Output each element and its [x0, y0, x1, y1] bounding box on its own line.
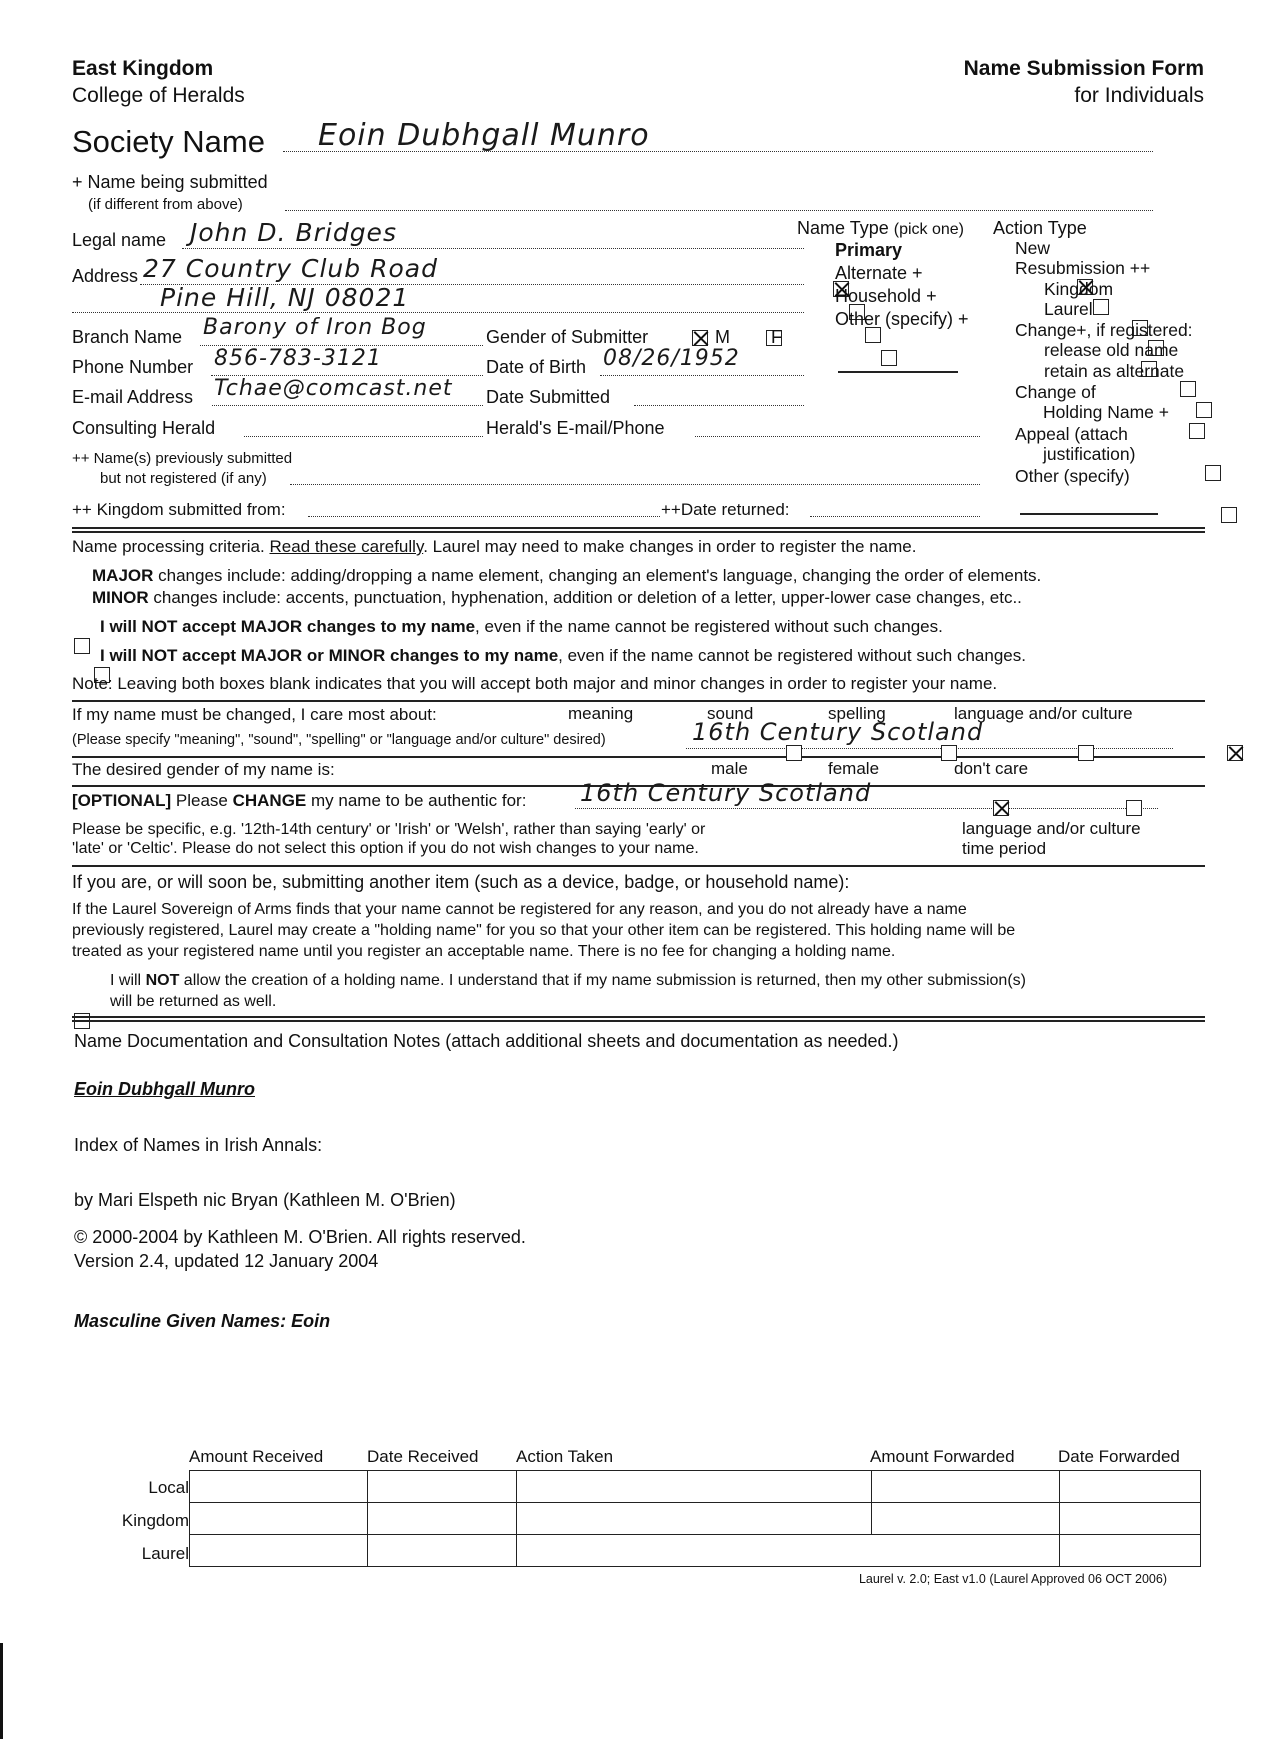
desired-gender-label: The desired gender of my name is: — [72, 760, 335, 780]
org-name: East Kingdom — [72, 57, 213, 81]
kingdom-from-label: ++ Kingdom submitted from: — [72, 500, 286, 520]
kingdom-from-input[interactable] — [308, 516, 660, 517]
authentic-help-2: 'late' or 'Celtic'. Please do not select… — [72, 840, 699, 858]
care-spelling-checkbox[interactable] — [1078, 745, 1094, 761]
authentic-input[interactable]: 16th Century Scotland — [580, 779, 871, 807]
name-type-household-label: Household + — [835, 286, 937, 307]
herald-contact-label: Herald's E-mail/Phone — [486, 418, 665, 439]
action-type-kingdom-label: Kingdom — [1044, 279, 1113, 300]
name-type-alternate-label: Alternate + — [835, 263, 923, 284]
action-type-appeal-attach-checkbox[interactable] — [1205, 465, 1221, 481]
section-divider — [72, 527, 1205, 533]
divider — [72, 865, 1205, 867]
care-sound-label: sound — [707, 704, 753, 724]
notes-copyright: © 2000-2004 by Kathleen M. O'Brien. All … — [74, 1227, 526, 1248]
authentic-help-1: Please be specific, e.g. '12th-14th cent… — [72, 821, 705, 839]
kingdom-date-received[interactable] — [368, 1503, 517, 1535]
fee-col-date-forwarded: Date Forwarded — [1058, 1447, 1180, 1467]
divider — [72, 756, 1205, 758]
form-title: Name Submission Form — [964, 57, 1204, 81]
date-submitted-input[interactable] — [634, 405, 804, 406]
action-type-appeal-attach-label-cont: justification) — [1043, 444, 1135, 465]
org-subtitle: College of Heralds — [72, 84, 245, 108]
criteria-note: Note: Leaving both boxes blank indicates… — [72, 674, 997, 694]
fee-table — [189, 1470, 1201, 1567]
authentic-time-period-label: time period — [962, 839, 1046, 859]
laurel-amount-received[interactable] — [190, 1535, 368, 1567]
notes-version: Version 2.4, updated 12 January 2004 — [74, 1251, 378, 1272]
holding-para-3: treated as your registered name until yo… — [72, 943, 895, 961]
minor-changes-text: MINOR changes include: accents, punctuat… — [92, 588, 1022, 608]
name-type-other-specify-label: Other (specify) + — [835, 309, 969, 330]
desired-gender-female-label: female — [828, 759, 879, 779]
kingdom-amount-forwarded[interactable] — [872, 1503, 1060, 1535]
section-divider — [72, 1016, 1205, 1022]
authentic-label: [OPTIONAL] Please CHANGE my name to be a… — [72, 791, 526, 811]
legal-name-label: Legal name — [72, 230, 166, 251]
prev-submitted-label: ++ Name(s) previously submitted — [72, 450, 292, 467]
gender-f-label: F — [771, 327, 782, 348]
criteria-intro: Name processing criteria. Read these car… — [72, 537, 916, 557]
no-major-label: I will NOT accept MAJOR changes to my na… — [100, 617, 943, 637]
name-type-other-specify-checkbox[interactable] — [881, 350, 897, 366]
consulting-herald-input[interactable] — [244, 436, 483, 437]
gender-m-label: M — [715, 327, 730, 348]
laurel-date-forwarded[interactable] — [1060, 1535, 1201, 1567]
name-submitted-sublabel: (if different from above) — [88, 196, 243, 213]
authentic-line — [575, 808, 1158, 809]
kingdom-action-taken[interactable] — [517, 1503, 872, 1535]
fee-row-laurel: Laurel — [142, 1544, 189, 1564]
date-returned-input[interactable] — [810, 516, 980, 517]
fee-col-amount-received: Amount Received — [189, 1447, 323, 1467]
desired-gender-don-t-care-label: don't care — [954, 759, 1028, 779]
care-spelling-label: spelling — [828, 704, 886, 724]
action-type-title: Action Type — [993, 218, 1087, 239]
society-name-label: Society Name — [72, 124, 265, 160]
desired-gender-male-checkbox[interactable] — [993, 800, 1009, 816]
dob-label: Date of Birth — [486, 357, 586, 378]
notes-given-name: Masculine Given Names: Eoin — [74, 1311, 330, 1332]
scan-edge — [0, 1643, 3, 1739]
date-returned-label: ++Date returned: — [661, 500, 790, 520]
notes-source: Index of Names in Irish Annals: — [74, 1135, 322, 1156]
kingdom-amount-received[interactable] — [190, 1503, 368, 1535]
prev-submitted-input[interactable] — [290, 484, 980, 485]
action-type-new-label: New — [1015, 238, 1050, 259]
care-language-and-or-culture-checkbox[interactable] — [1227, 745, 1243, 761]
care-specify-line — [686, 748, 1173, 749]
action-type-retain-as-alternate-checkbox[interactable] — [1196, 402, 1212, 418]
date-submitted-label: Date Submitted — [486, 387, 610, 408]
legal-name-line — [182, 248, 804, 249]
care-most-label: If my name must be changed, I care most … — [72, 705, 437, 725]
desired-gender-male-label: male — [711, 759, 748, 779]
herald-contact-input[interactable] — [695, 436, 980, 437]
dob-input[interactable]: 08/26/1952 — [603, 346, 740, 371]
local-date-received[interactable] — [368, 1471, 517, 1503]
fee-col-date-received: Date Received — [367, 1447, 479, 1467]
name-submitted-label: + Name being submitted — [72, 172, 268, 193]
action-type-resubmission-checkbox[interactable] — [1093, 299, 1109, 315]
address-line2-input[interactable]: Pine Hill, NJ 08021 — [160, 283, 409, 312]
action-type-change-of-label-cont: Holding Name + — [1043, 402, 1169, 423]
notes-author: by Mari Elspeth nic Bryan (Kathleen M. O… — [74, 1190, 456, 1211]
society-name-input[interactable]: Eoin Dubhgall Munro — [318, 118, 650, 153]
branch-label: Branch Name — [72, 327, 182, 348]
action-type-other-line[interactable] — [1020, 513, 1158, 515]
care-meaning-checkbox[interactable] — [786, 745, 802, 761]
name-type-other-line[interactable] — [838, 371, 958, 373]
notes-heading: Name Documentation and Consultation Note… — [74, 1031, 899, 1052]
local-amount-forwarded[interactable] — [872, 1471, 1060, 1503]
address-line2-line — [72, 312, 804, 313]
local-amount-received[interactable] — [190, 1471, 368, 1503]
local-action-taken[interactable] — [517, 1471, 872, 1503]
action-type-release-old-name-label: release old name — [1044, 340, 1178, 361]
laurel-date-received[interactable] — [368, 1535, 517, 1567]
fee-col-amount-forwarded: Amount Forwarded — [870, 1447, 1015, 1467]
dob-line — [600, 375, 804, 376]
divider — [72, 700, 1205, 702]
action-type-retain-as-alternate-label: retain as alternate — [1044, 361, 1184, 382]
address-label: Address — [72, 266, 138, 287]
care-meaning-label: meaning — [568, 704, 633, 724]
no-minor-label: I will NOT accept MAJOR or MINOR changes… — [100, 646, 1026, 666]
fee-col-action-taken: Action Taken — [516, 1447, 613, 1467]
no-major-checkbox[interactable] — [74, 638, 90, 654]
branch-input[interactable]: Barony of Iron Bog — [203, 315, 427, 340]
kingdom-date-forwarded[interactable] — [1060, 1503, 1201, 1535]
email-label: E-mail Address — [72, 387, 193, 408]
consulting-herald-label: Consulting Herald — [72, 418, 215, 439]
laurel-action-taken[interactable] — [517, 1535, 1060, 1567]
gender-label: Gender of Submitter — [486, 327, 648, 348]
phone-input[interactable]: 856-783-3121 — [214, 346, 382, 371]
fee-row-local: Local — [148, 1478, 189, 1498]
prev-submitted-sublabel: but not registered (if any) — [100, 470, 267, 487]
name-type-primary-label: Primary — [835, 240, 902, 261]
action-type-change-of-label: Change of — [1015, 382, 1096, 403]
action-type-other-specify-checkbox[interactable] — [1221, 507, 1237, 523]
care-specify-label: (Please specify "meaning", "sound", "spe… — [72, 732, 606, 748]
form-subtitle: for Individuals — [1074, 84, 1204, 108]
gender-m-checkbox[interactable] — [692, 330, 708, 346]
no-holding-name-label-2: will be returned as well. — [110, 993, 276, 1011]
authentic-language-and-or-culture-label: language and/or culture — [962, 819, 1141, 839]
action-type-change-if-registered-label: Change+, if registered: — [1015, 320, 1193, 341]
action-type-change-of-checkbox[interactable] — [1189, 423, 1205, 439]
email-line — [212, 405, 483, 406]
notes-name: Eoin Dubhgall Munro — [74, 1079, 255, 1100]
holding-heading: If you are, or will soon be, submitting … — [72, 872, 849, 893]
holding-para-1: If the Laurel Sovereign of Arms finds th… — [72, 901, 967, 919]
major-changes-text: MAJOR changes include: adding/dropping a… — [92, 566, 1041, 586]
care-language-and-or-culture-label: language and/or culture — [954, 704, 1133, 724]
action-type-appeal-attach-label: Appeal (attach — [1015, 424, 1128, 445]
name-submitted-input[interactable] — [285, 210, 1153, 211]
email-input[interactable]: Tchae@comcast.net — [214, 376, 453, 401]
action-type-laurel-label: Laurel — [1044, 299, 1093, 320]
action-type-resubmission-label: Resubmission ++ — [1015, 258, 1150, 279]
legal-name-input[interactable]: John D. Bridges — [190, 218, 397, 247]
action-type-release-old-name-checkbox[interactable] — [1180, 381, 1196, 397]
local-date-forwarded[interactable] — [1060, 1471, 1201, 1503]
fee-row-kingdom: Kingdom — [122, 1511, 189, 1531]
form-version-footer: Laurel v. 2.0; East v1.0 (Laurel Approve… — [859, 1572, 1167, 1586]
no-holding-name-label: I will NOT allow the creation of a holdi… — [110, 972, 1026, 990]
address-line1-input[interactable]: 27 Country Club Road — [143, 254, 438, 283]
desired-gender-female-checkbox[interactable] — [1126, 800, 1142, 816]
action-type-other-specify-label: Other (specify) — [1015, 466, 1130, 487]
phone-label: Phone Number — [72, 357, 193, 378]
holding-para-2: previously registered, Laurel may create… — [72, 922, 1015, 940]
name-type-title: Name Type (pick one) — [797, 218, 964, 239]
